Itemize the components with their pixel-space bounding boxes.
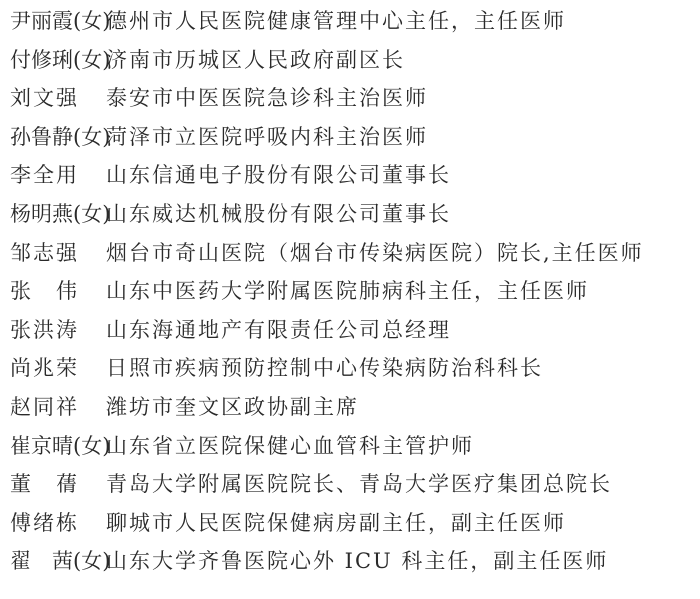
person-position: 泰安市中医医院急诊科主治医师 bbox=[106, 79, 428, 118]
person-name: 张洪涛 bbox=[10, 311, 106, 350]
person-position: 日照市疾病预防控制中心传染病防治科科长 bbox=[106, 349, 543, 388]
list-item: 孙鲁静(女)菏泽市立医院呼吸内科主治医师 bbox=[10, 118, 644, 157]
person-name: 尹丽霞(女) bbox=[10, 2, 106, 41]
list-item: 赵同祥潍坊市奎文区政协副主席 bbox=[10, 388, 644, 427]
list-item: 李全用山东信通电子股份有限公司董事长 bbox=[10, 156, 644, 195]
list-item: 刘文强泰安市中医医院急诊科主治医师 bbox=[10, 79, 644, 118]
list-item: 傅绪栋聊城市人民医院保健病房副主任，副主任医师 bbox=[10, 504, 644, 543]
person-name: 孙鲁静(女) bbox=[10, 118, 106, 157]
list-item: 尹丽霞(女)德州市人民医院健康管理中心主任，主任医师 bbox=[10, 2, 644, 41]
person-name: 崔京晴(女) bbox=[10, 427, 106, 466]
person-position: 山东中医药大学附属医院肺病科主任，主任医师 bbox=[106, 272, 589, 311]
person-position: 青岛大学附属医院院长、青岛大学医疗集团总院长 bbox=[106, 465, 612, 504]
person-position: 德州市人民医院健康管理中心主任，主任医师 bbox=[106, 2, 566, 41]
person-name: 张 伟 bbox=[10, 272, 106, 311]
person-name: 李全用 bbox=[10, 156, 106, 195]
list-item: 董 蒨青岛大学附属医院院长、青岛大学医疗集团总院长 bbox=[10, 465, 644, 504]
person-position: 聊城市人民医院保健病房副主任，副主任医师 bbox=[106, 504, 566, 543]
list-item: 张洪涛山东海通地产有限责任公司总经理 bbox=[10, 311, 644, 350]
person-name: 付修琍(女) bbox=[10, 41, 106, 80]
list-item: 邹志强烟台市奇山医院（烟台市传染病医院）院长,主任医师 bbox=[10, 234, 644, 273]
list-item: 付修琍(女)济南市历城区人民政府副区长 bbox=[10, 41, 644, 80]
person-name: 傅绪栋 bbox=[10, 504, 106, 543]
person-position: 山东海通地产有限责任公司总经理 bbox=[106, 311, 451, 350]
person-position: 山东大学齐鲁医院心外 ICU 科主任，副主任医师 bbox=[106, 542, 608, 581]
person-position: 山东威达机械股份有限公司董事长 bbox=[106, 195, 451, 234]
personnel-list: 尹丽霞(女)德州市人民医院健康管理中心主任，主任医师 付修琍(女)济南市历城区人… bbox=[10, 2, 644, 581]
person-position: 潍坊市奎文区政协副主席 bbox=[106, 388, 359, 427]
person-position: 山东信通电子股份有限公司董事长 bbox=[106, 156, 451, 195]
person-name: 翟 茜(女) bbox=[10, 542, 106, 581]
list-item: 尚兆荣日照市疾病预防控制中心传染病防治科科长 bbox=[10, 349, 644, 388]
person-name: 杨明燕(女) bbox=[10, 195, 106, 234]
list-item: 崔京晴(女)山东省立医院保健心血管科主管护师 bbox=[10, 427, 644, 466]
list-item: 翟 茜(女)山东大学齐鲁医院心外 ICU 科主任，副主任医师 bbox=[10, 542, 644, 581]
person-position: 济南市历城区人民政府副区长 bbox=[106, 41, 405, 80]
person-position: 山东省立医院保健心血管科主管护师 bbox=[106, 427, 474, 466]
person-name: 尚兆荣 bbox=[10, 349, 106, 388]
person-name: 邹志强 bbox=[10, 234, 106, 273]
person-name: 董 蒨 bbox=[10, 465, 106, 504]
list-item: 张 伟山东中医药大学附属医院肺病科主任，主任医师 bbox=[10, 272, 644, 311]
person-position: 菏泽市立医院呼吸内科主治医师 bbox=[106, 118, 428, 157]
person-name: 刘文强 bbox=[10, 79, 106, 118]
person-position: 烟台市奇山医院（烟台市传染病医院）院长,主任医师 bbox=[106, 234, 644, 273]
person-name: 赵同祥 bbox=[10, 388, 106, 427]
list-item: 杨明燕(女)山东威达机械股份有限公司董事长 bbox=[10, 195, 644, 234]
